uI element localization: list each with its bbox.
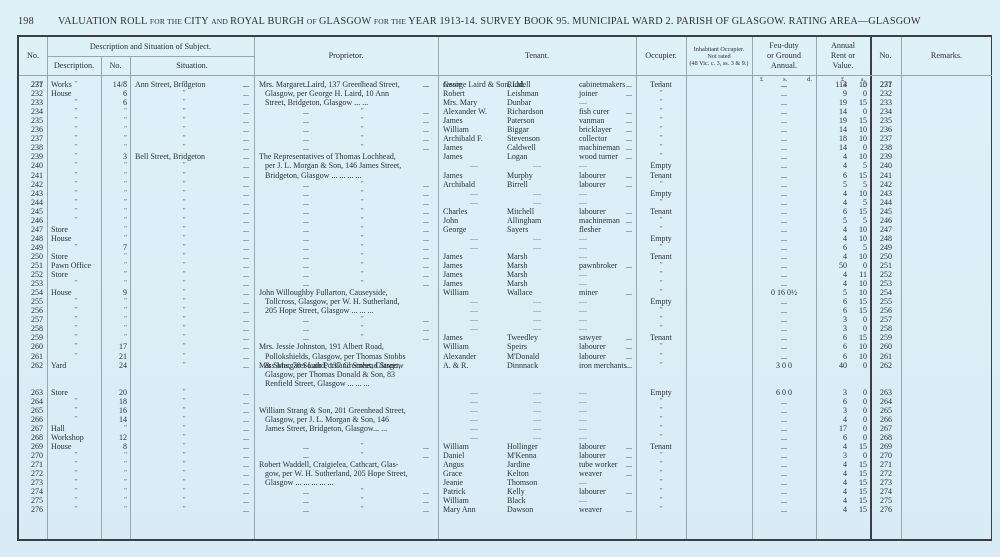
table-row: 232House6”...RobertLeishmanjoiner...”...… <box>19 89 994 98</box>
tenant-last-name: — <box>507 306 567 315</box>
tenant-last-name: — <box>507 297 567 306</box>
tenant-last-name: Speirs <box>507 342 567 351</box>
tenant-first-name: Angus <box>443 460 505 469</box>
sub-number-cell: 16 <box>103 406 127 415</box>
row-number: 273 <box>21 478 43 487</box>
situation-cell: ” <box>179 388 189 397</box>
row-number: 260 <box>21 342 43 351</box>
ditto-trail: ... <box>419 234 433 243</box>
ditto-mark: ” <box>357 198 367 207</box>
header-proprietor: Proprietor. <box>254 37 438 75</box>
ditto-mark: ” <box>357 216 367 225</box>
occupier-status: ” <box>639 478 683 487</box>
table-row: 273”””...JeanieThomson—”...415273 <box>19 478 994 487</box>
proprietor-line: Robert Waddell, Craigielea, Cathcart, Gl… <box>259 460 433 469</box>
occupation-dots: ... <box>623 352 635 361</box>
proprietor-ditto: ...”... <box>19 333 994 342</box>
rent-shillings: 10 <box>849 288 867 297</box>
row-number-right: 260 <box>871 342 901 351</box>
ditto-dots: ... <box>299 279 313 288</box>
tenant-first-name: James <box>443 171 505 180</box>
ditto-dots: ... <box>299 198 313 207</box>
ditto-dots: ... <box>299 207 313 216</box>
description-cell: ” <box>51 460 101 469</box>
feu-duty-cell: ... <box>754 460 814 469</box>
ditto-mark: ” <box>357 107 367 116</box>
row-number: 263 <box>21 388 43 397</box>
proprietor-line: Tollcross, Glasgow, per W. H. Sutherland… <box>265 297 433 306</box>
header-line: Inhabitant Occupier. <box>694 46 745 53</box>
ditto-dots: ... <box>299 180 313 189</box>
rent-pounds: 9 <box>819 89 847 98</box>
rent-pounds: 5 <box>819 288 847 297</box>
rent-pounds: 40 <box>819 361 847 370</box>
tenant-first-name: — <box>443 161 505 170</box>
sub-number-cell: 20 <box>103 388 127 397</box>
occupation-cell: — <box>579 478 639 487</box>
row-number-right: 255 <box>871 297 901 306</box>
proprietor-line: Glasgow, per George H. Laird, 10 Ann <box>265 89 433 98</box>
occupation-dots: ... <box>623 469 635 478</box>
ditto-trail: ... <box>419 315 433 324</box>
ditto-dots: ... <box>299 505 313 514</box>
row-number: 266 <box>21 415 43 424</box>
row-number-right: 262 <box>871 361 901 370</box>
ditto-dots: ... <box>299 270 313 279</box>
ditto-dots: ... <box>299 80 313 89</box>
ditto-dots: ... <box>299 333 313 342</box>
header-occupier: Occupier. <box>636 37 686 75</box>
table-row: 239”3Bell Street, Bridgeton...JamesLogan… <box>19 152 994 161</box>
situation-dots: ... <box>239 152 253 161</box>
rent-shillings: 0 <box>849 397 867 406</box>
row-number: 255 <box>21 297 43 306</box>
rent-shillings: 5 <box>849 161 867 170</box>
title-part: ROYAL BURGH <box>230 16 307 27</box>
tenant-last-name: Kelton <box>507 469 567 478</box>
proprietor-line: gow, per W. H. Sutherland, 205 Hope Stre… <box>265 469 433 478</box>
row-number: 241 <box>21 171 43 180</box>
ditto-mark: ” <box>357 442 367 451</box>
ditto-trail: ... <box>419 216 433 225</box>
description-cell: Store <box>51 388 101 397</box>
header-line: Feu-duty <box>769 41 799 51</box>
ditto-dots: ... <box>299 189 313 198</box>
page-number: 198 <box>18 16 34 27</box>
situation-cell: ” <box>179 98 189 107</box>
tenant-last-name: — <box>507 397 567 406</box>
tenant-last-name: — <box>507 433 567 442</box>
rent-pounds: 6 <box>819 352 847 361</box>
ditto-mark: ” <box>357 80 367 89</box>
sub-number-cell: 3 <box>103 152 127 161</box>
row-number: 232 <box>21 89 43 98</box>
occupation-dots: ... <box>623 342 635 351</box>
row-number: 261 <box>21 352 43 361</box>
row-number-right: 241 <box>871 171 901 180</box>
tenant-first-name: Jeanie <box>443 478 505 487</box>
title-part: FOR THE <box>150 17 184 26</box>
sub-number-cell: ” <box>103 297 127 306</box>
proprietor-line: James Street, Bridgeton, Glasgow... ... <box>265 424 433 433</box>
sub-number-cell: 21 <box>103 352 127 361</box>
ditto-trail: ... <box>419 80 433 89</box>
proprietor-line: Pollokshields, Glasgow, per Thomas Stobb… <box>265 352 433 361</box>
ditto-mark: ” <box>357 261 367 270</box>
title-part: CITY <box>184 16 211 27</box>
tenant-last-name: Dinnnack <box>507 361 567 370</box>
situation-dots: ... <box>239 424 253 433</box>
header-line: or Ground <box>767 51 801 61</box>
row-number: 268 <box>21 433 43 442</box>
tenant-first-name: Mrs. Mary <box>443 98 505 107</box>
ditto-trail: ... <box>419 189 433 198</box>
situation-cell: ” <box>179 469 189 478</box>
feu-duty-cell: ... <box>754 171 814 180</box>
feu-duty-cell: ... <box>754 424 814 433</box>
tenant-first-name: — <box>443 388 505 397</box>
ditto-mark: ” <box>357 225 367 234</box>
situation-cell: ” <box>179 433 189 442</box>
header-no: No. <box>19 37 47 75</box>
rent-shillings: 15 <box>849 478 867 487</box>
situation-cell: ” <box>179 171 189 180</box>
description-cell: ” <box>51 171 101 180</box>
occupation-cell: — <box>579 424 639 433</box>
situation-dots: ... <box>239 297 253 306</box>
ditto-trail: ... <box>419 143 433 152</box>
proprietor-ditto: ...”... <box>19 496 994 505</box>
proprietor-ditto: ...”... <box>19 243 994 252</box>
occupier-status: ” <box>639 98 683 107</box>
tenant-first-name: — <box>443 406 505 415</box>
table-row: 260”17”...WilliamSpeirslabourer...”...61… <box>19 342 994 351</box>
occupier-status: ” <box>639 406 683 415</box>
situation-dots: ... <box>239 415 253 424</box>
situation-dots: ... <box>239 460 253 469</box>
row-number-right: 256 <box>871 306 901 315</box>
ditto-dots: ... <box>299 487 313 496</box>
situation-dots: ... <box>239 98 253 107</box>
sub-number-cell: ” <box>103 478 127 487</box>
table-row: 240”””...———Empty...45240 <box>19 161 994 170</box>
row-number: 239 <box>21 152 43 161</box>
table-row: 262Yard24”...A. & R.Dinnnackiron merchan… <box>19 361 994 370</box>
rent-shillings: 15 <box>849 460 867 469</box>
header-inhabitant-occupier: Inhabitant Occupier. Not rated (48 Vic. … <box>686 37 752 75</box>
feu-duty-cell: ... <box>754 433 814 442</box>
tenant-last-name: Logan <box>507 152 567 161</box>
sub-number-cell: 6 <box>103 89 127 98</box>
tenant-first-name: Alexander <box>443 352 505 361</box>
title-part: YEAR 1913-14. SURVEY BOOK 95. MUNICIPAL … <box>408 16 920 27</box>
occupier-status: Empty <box>639 388 683 397</box>
occupier-status: Empty <box>639 161 683 170</box>
sub-number-cell: ” <box>103 469 127 478</box>
row-number: 240 <box>21 161 43 170</box>
occupier-status: ” <box>639 288 683 297</box>
description-cell: ” <box>51 352 101 361</box>
description-cell: ” <box>51 478 101 487</box>
title-part: FOR THE <box>374 17 408 26</box>
description-cell: Workshop <box>51 433 101 442</box>
row-number: 233 <box>21 98 43 107</box>
proprietor-ditto: ...”... <box>19 270 994 279</box>
situation-cell: ” <box>179 161 189 170</box>
tenant-last-name: — <box>507 415 567 424</box>
header-no-right: No. <box>870 37 901 75</box>
occupier-status: ” <box>639 433 683 442</box>
occupier-status: ” <box>639 361 683 370</box>
rent-shillings: 0 <box>849 406 867 415</box>
ditto-trail: ... <box>419 279 433 288</box>
rent-pounds: 3 <box>819 406 847 415</box>
row-number: 264 <box>21 397 43 406</box>
proprietor-line: Mrs. Jessie Johnston, 191 Albert Road, <box>259 342 433 351</box>
rent-shillings: 10 <box>849 152 867 161</box>
ditto-mark: ” <box>357 270 367 279</box>
header-line: Rent or <box>831 51 855 61</box>
ditto-dots: ... <box>299 125 313 134</box>
ditto-dots: ... <box>299 261 313 270</box>
proprietor-ditto: ...”... <box>19 216 994 225</box>
description-cell: ” <box>51 415 101 424</box>
tenant-last-name: Leishman <box>507 89 567 98</box>
proprietor-ditto: ...”... <box>19 234 994 243</box>
proprietor-line: Miss Margaret Laird, 137 Greenhead Stree… <box>259 361 433 370</box>
occupier-status: ” <box>639 397 683 406</box>
proprietor-ditto: ...”... <box>19 143 994 152</box>
ditto-trail: ... <box>419 261 433 270</box>
occupation-dots: ... <box>623 89 635 98</box>
table-row: 261”21”...AlexanderM'Donaldlabourer...”.… <box>19 352 994 361</box>
ditto-dots: ... <box>299 442 313 451</box>
feu-duty-cell: ... <box>754 306 814 315</box>
table-row: 272”””...GraceKeltonweaver...”...415272 <box>19 469 994 478</box>
row-number: 262 <box>21 361 43 370</box>
proprietor-ditto: ...”... <box>19 116 994 125</box>
proprietor-line: Glasgow ... ... ... ... ... <box>265 478 433 487</box>
proprietor-line: 205 Hope Street, Glasgow ... ... ... <box>265 306 433 315</box>
situation-dots: ... <box>239 171 253 180</box>
rent-shillings: 0 <box>849 424 867 433</box>
proprietor-ditto: ...”... <box>19 252 994 261</box>
situation-dots: ... <box>239 469 253 478</box>
feu-duty-cell: ... <box>754 415 814 424</box>
ditto-dots: ... <box>299 315 313 324</box>
rent-pounds: 4 <box>819 478 847 487</box>
proprietor-ditto: ...”... <box>19 487 994 496</box>
description-cell: ” <box>51 297 101 306</box>
proprietor-ditto: ...”... <box>19 261 994 270</box>
ditto-trail: ... <box>419 198 433 207</box>
sub-number-cell: ” <box>103 424 127 433</box>
proprietor-line: Glasgow, per J. L. Morgan & Son, 146 <box>265 415 433 424</box>
ditto-trail: ... <box>419 496 433 505</box>
ditto-trail: ... <box>419 243 433 252</box>
proprietor-ditto: ...”... <box>19 451 994 460</box>
title-part: VALUATION ROLL <box>58 16 150 27</box>
header-line: Not rated <box>707 53 730 60</box>
proprietor-line: Street, Bridgeton, Glasgow ... ... <box>265 98 433 107</box>
description-cell: ” <box>51 397 101 406</box>
tenant-first-name: — <box>443 306 505 315</box>
occupation-cell: — <box>579 98 639 107</box>
occupation-cell: — <box>579 297 639 306</box>
row-number-right: 240 <box>871 161 901 170</box>
table-row: 271”””...AngusJardinetube worker...”...4… <box>19 460 994 469</box>
proprietor-ditto: ...”... <box>19 207 994 216</box>
row-number: 271 <box>21 460 43 469</box>
tenant-last-name: M'Donald <box>507 352 567 361</box>
ditto-dots: ... <box>299 216 313 225</box>
rent-pounds: 6 <box>819 397 847 406</box>
row-number-right: 233 <box>871 98 901 107</box>
situation-dots: ... <box>239 388 253 397</box>
feu-duty-cell: ... <box>754 469 814 478</box>
occupier-status: ” <box>639 352 683 361</box>
row-number-right: 239 <box>871 152 901 161</box>
table-row: 263Store20”...———Empty6 0 030263 <box>19 388 994 397</box>
feu-duty-cell: 3 0 0 <box>754 361 814 370</box>
ditto-trail: ... <box>419 225 433 234</box>
proprietor-ditto: ...”... <box>19 80 994 89</box>
feu-duty-cell: ... <box>754 352 814 361</box>
row-number-right: 266 <box>871 415 901 424</box>
proprietor-ditto: ...”... <box>19 107 994 116</box>
row-number-right: 232 <box>871 89 901 98</box>
ditto-mark: ” <box>357 134 367 143</box>
rent-pounds: 4 <box>819 460 847 469</box>
row-number-right: 264 <box>871 397 901 406</box>
proprietor-ditto: ...”... <box>19 225 994 234</box>
ditto-dots: ... <box>299 143 313 152</box>
page-header: 198 VALUATION ROLL FOR THE CITY AND ROYA… <box>18 16 990 30</box>
valuation-roll-page: 198 VALUATION ROLL FOR THE CITY AND ROYA… <box>0 0 1000 557</box>
situation-cell: ” <box>179 415 189 424</box>
rent-shillings: 0 <box>849 415 867 424</box>
tenant-first-name: Robert <box>443 89 505 98</box>
table-row: 255”””...———Empty...615255 <box>19 297 994 306</box>
description-cell: House <box>51 288 101 297</box>
ditto-trail: ... <box>419 505 433 514</box>
ditto-mark: ” <box>357 315 367 324</box>
feu-duty-cell: ... <box>754 342 814 351</box>
ditto-mark: ” <box>357 496 367 505</box>
sub-number-cell: ” <box>103 460 127 469</box>
situation-cell: ” <box>179 342 189 351</box>
ditto-trail: ... <box>419 487 433 496</box>
occupation-cell: — <box>579 397 639 406</box>
ditto-dots: ... <box>299 225 313 234</box>
occupation-cell: — <box>579 161 639 170</box>
rent-pounds: 17 <box>819 424 847 433</box>
header-tenant: Tenant. <box>438 37 636 75</box>
proprietor-ditto: ...”... <box>19 324 994 333</box>
header-description-group: Description and Situation of Subject. <box>47 37 254 56</box>
ditto-trail: ... <box>419 125 433 134</box>
tenant-first-name: — <box>443 433 505 442</box>
proprietor-ditto: ...”... <box>19 442 994 451</box>
tenant-last-name: Murphy <box>507 171 567 180</box>
occupier-status: ” <box>639 152 683 161</box>
ditto-trail: ... <box>419 116 433 125</box>
description-cell: ” <box>51 469 101 478</box>
ditto-mark: ” <box>357 234 367 243</box>
ditto-dots: ... <box>299 116 313 125</box>
description-cell: ” <box>51 306 101 315</box>
occupier-status: ” <box>639 424 683 433</box>
row-number: 272 <box>21 469 43 478</box>
situation-cell: ” <box>179 424 189 433</box>
proprietor-ditto: ...”... <box>19 198 994 207</box>
row-number-right: 268 <box>871 433 901 442</box>
proprietor-ditto: ...”... <box>19 134 994 143</box>
rent-pounds: 19 <box>819 98 847 107</box>
ditto-trail: ... <box>419 134 433 143</box>
occupation-cell: — <box>579 406 639 415</box>
rent-pounds: 6 <box>819 171 847 180</box>
situation-cell: ” <box>179 460 189 469</box>
description-cell: ” <box>51 342 101 351</box>
occupier-status: ” <box>639 460 683 469</box>
tenant-first-name: — <box>443 297 505 306</box>
ditto-mark: ” <box>357 180 367 189</box>
rent-pounds: 4 <box>819 161 847 170</box>
row-number: 256 <box>21 306 43 315</box>
situation-cell: ” <box>179 352 189 361</box>
proprietor-ditto: ...”... <box>19 505 994 514</box>
proprietor-line: Glasgow, per Thomas Donald & Son, 83 <box>265 370 433 379</box>
situation-dots: ... <box>239 397 253 406</box>
occupation-cell: — <box>579 433 639 442</box>
header-description: Description. <box>47 56 101 75</box>
row-number-right: 273 <box>871 478 901 487</box>
rent-shillings: 0 <box>849 433 867 442</box>
rent-shillings: 10 <box>849 342 867 351</box>
ditto-trail: ... <box>419 107 433 116</box>
situation-cell: ” <box>179 297 189 306</box>
feu-duty-cell: ... <box>754 161 814 170</box>
sub-number-cell: 6 <box>103 98 127 107</box>
row-number-right: 267 <box>871 424 901 433</box>
ditto-dots: ... <box>299 107 313 116</box>
occupier-status: ” <box>639 342 683 351</box>
occupier-status: ” <box>639 415 683 424</box>
tenant-last-name: — <box>507 424 567 433</box>
occupation-dots: ... <box>623 361 635 370</box>
header-situation: Situation. <box>130 56 254 75</box>
proprietor-line: Bridgeton, Glasgow ... ... ... ... <box>265 171 433 180</box>
occupation-dots: ... <box>623 460 635 469</box>
ditto-mark: ” <box>357 279 367 288</box>
table-row: 266”14”...———”...40266 <box>19 415 994 424</box>
header-annual-rent: Annual Rent or Value. <box>816 37 870 75</box>
feu-duty-cell: 6 0 0 <box>754 388 814 397</box>
ditto-dots: ... <box>299 324 313 333</box>
rent-shillings: 15 <box>849 171 867 180</box>
ditto-mark: ” <box>357 116 367 125</box>
rent-pounds: 6 <box>819 433 847 442</box>
situation-dots: ... <box>239 89 253 98</box>
header-feu-duty: Feu-duty or Ground Annual. <box>752 37 816 75</box>
sub-number-cell: 18 <box>103 397 127 406</box>
feu-duty-cell: ... <box>754 406 814 415</box>
rent-shillings: 15 <box>849 306 867 315</box>
ditto-mark: ” <box>357 125 367 134</box>
ditto-trail: ... <box>419 442 433 451</box>
proprietor-ditto: ...”... <box>19 189 994 198</box>
